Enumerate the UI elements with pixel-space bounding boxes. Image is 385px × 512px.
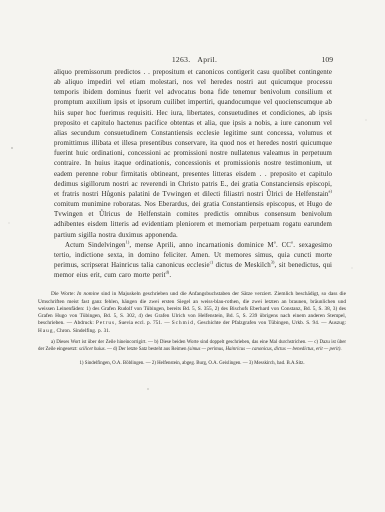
text-segment: dictus de Meskilch [213,262,271,269]
page-number: 109 [322,55,333,64]
footnotes-places: 1) Sindelfingen, O.A. Böblingen. — 2) He… [38,361,346,367]
text-segment: In nomine [77,291,99,297]
apparatus-commentary: Die Worte: In nomine sind in Majuskeln g… [38,291,346,335]
text-segment: Schmid [172,320,194,326]
charter-month: April. [197,55,217,64]
footnotes-letters: a) Dieses Wort ist über der Zeile hinein… [38,340,346,353]
text-segment: a) [328,189,332,194]
charter-text-paragraph: aliquo premissorum predictos . . preposi… [54,68,332,241]
text-segment: , mense Aprili, anno incarnationis domin… [129,242,273,249]
page-header: 1263.April. 109 [54,55,335,67]
charter-year: 1263. [172,55,191,64]
date-heading: 1263.April. [54,55,335,64]
text-segment: Actum Sindelvingen [65,242,126,249]
text-segment: (simus — perimus, Hainricus — canonicus,… [188,347,341,352]
page-content: aliquo premissorum predictos . . preposi… [54,68,332,368]
text-segment: . [169,272,171,279]
text-segment: , Geschichte der Pfalzgrafen von Tübinge… [194,320,346,326]
text-segment: , Chron. Sindelfing. p. 31. [53,328,110,334]
text-segment: Petrus [96,320,115,326]
text-segment: comitum munimine roboratas. Nos Eberardu… [54,201,332,238]
text-segment: . [340,347,341,352]
text-segment: aliquo premissorum predictos . . preposi… [54,69,332,198]
text-segment: Die Worte: [51,291,77,297]
text-segment: . CC [276,242,291,249]
text-segment: scilicet huius [79,347,105,352]
text-segment: Haug [38,328,53,334]
text-segment: . — d) Der letzte Satz besteht aus Reime… [105,347,188,352]
scanned-book-page: 1263.April. 109 aliquo premissorum predi… [0,0,385,512]
charter-datum-paragraph: Actum Sindelvingen1), mense Aprili, anno… [54,241,332,282]
text-segment: , Suevia eccl. p. 751. — [115,320,172,326]
